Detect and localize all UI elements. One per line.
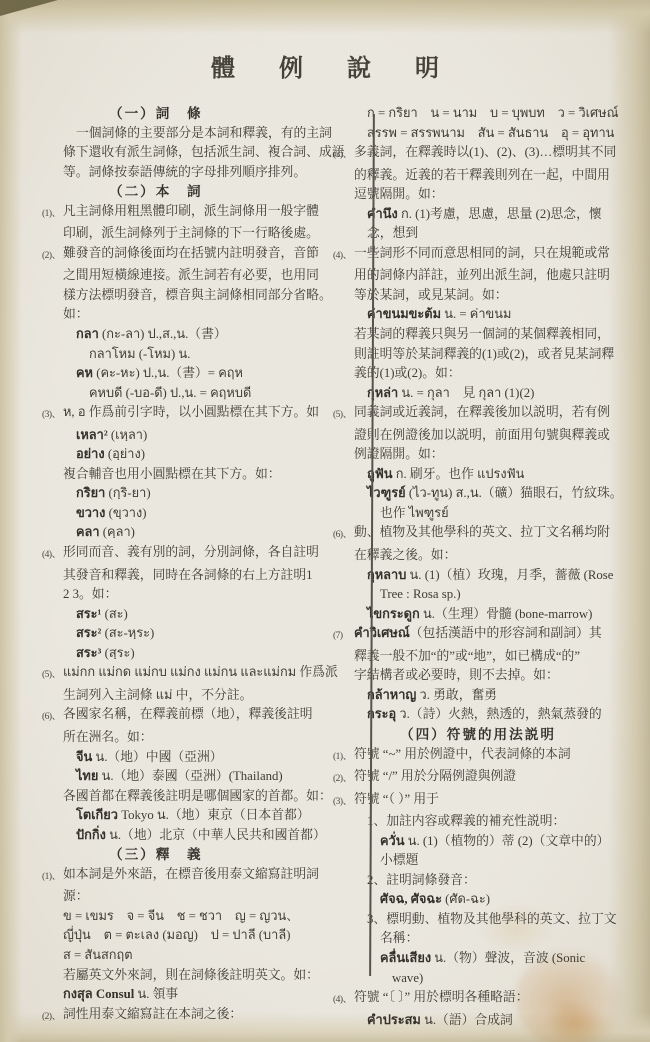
item-number: [42, 605, 63, 625]
item-number: [42, 143, 63, 163]
text-line: ถูฟัน ก. 刷牙。也作 แปรงฟัน: [333, 465, 630, 485]
text-line: (7)คำวิเศษณ์（包括漢語中的形容詞和副詞）其: [333, 624, 630, 647]
item-number: (1)、: [42, 865, 63, 888]
text-line: 一個詞條的主要部分是本詞和釋義，有的主詞: [42, 124, 326, 144]
text-line: ศัจฉ, ศัจฉะ (ศัด-ฉะ): [333, 890, 630, 910]
text-line: (5)、同義詞或近義詞，在釋義後加以説明，若有例: [333, 403, 630, 426]
line-text: กริยา (กฺริ-ยา): [63, 484, 326, 504]
text-line: ควั่น น. (1)（植物的）蒂 (2)（文章中的）: [333, 832, 630, 852]
text-line: กลา (กะ-ลา) ป.,ส.,น.（書）: [42, 325, 326, 345]
line-text: กลาโหม (-โหม) น.: [63, 345, 326, 365]
line-text: 義的(1)或(2)。如：: [354, 364, 630, 384]
section-heading: （二）本 詞: [42, 182, 326, 202]
line-text: ส = สันสกฤต: [63, 946, 326, 966]
item-number: [42, 523, 63, 543]
text-line: (1)、如本詞是外來語，在標音後用泰文縮寫註明詞: [42, 865, 326, 888]
item-number: [42, 224, 63, 244]
text-line: กล้าหาญ ว. 勇敢，奮勇: [333, 686, 630, 706]
item-number: [42, 845, 63, 865]
text-line: (2)、符號 “/” 用於分隔例證與例證: [333, 767, 630, 790]
item-number: [333, 484, 354, 504]
item-number: [333, 465, 354, 485]
text-line: 逗號隔開。如：: [333, 185, 630, 205]
text-line: (5)、แม่กก แม่กด แม่กบ แม่กง แม่กน และแม่…: [42, 663, 326, 686]
line-text: 符號 “（ ）” 用于: [354, 790, 630, 813]
text-line: 所在洲名。如：: [42, 728, 326, 748]
line-text: 樣方法標明發音，標音與主詞條相同部分省略。: [63, 286, 332, 306]
item-number: (2)、: [42, 1005, 63, 1028]
line-text: ห, อ 作爲前引字時，以小圓點標在其下方。如: [63, 403, 326, 426]
text-line: กุหล่า น. = กุลา 見 กุลา (1)(2): [333, 384, 630, 404]
text-line: wave): [333, 969, 630, 989]
item-number: (5)、: [333, 403, 354, 426]
item-number: [42, 767, 63, 787]
line-text: กงสุล Consul น. 領事: [63, 985, 326, 1005]
line-text: 各國家名稱，在釋義前標（地），釋義後註明: [63, 705, 326, 728]
item-number: [333, 185, 354, 205]
line-text: จีน น.（地）中國（亞洲）: [63, 748, 326, 768]
item-number: [333, 266, 354, 286]
item-number: [42, 124, 63, 144]
item-number: [333, 286, 354, 306]
text-line: 2、註明詞條發音：: [333, 871, 630, 891]
item-number: [333, 566, 354, 586]
item-number: [333, 851, 354, 871]
line-text: กลา (กะ-ลา) ป.,ส.,น.（書）: [63, 325, 326, 345]
line-text: สรรพ = สรรพนาม สัน = สันธาน อุ = อุทาน: [354, 124, 630, 144]
item-number: [42, 644, 63, 664]
item-number: [42, 305, 63, 325]
item-number: [42, 163, 63, 183]
item-number: (2)、: [333, 767, 354, 790]
text-line: 證則在例證後加以説明，前面用句號與釋義或: [333, 426, 630, 446]
text-line: ญี่ปุ่น ต = ตะเลง (มอญ) ป = ปาลี (บาลี): [42, 926, 326, 946]
item-number: [42, 566, 63, 586]
item-number: [42, 728, 63, 748]
item-number: [42, 286, 63, 306]
line-text: 2 3。如：: [63, 585, 326, 605]
line-text: 等。詞條按泰語傳統的字母排列順序排列。: [63, 163, 326, 183]
line-text: 在釋義之後。如：: [354, 546, 630, 566]
text-line: (4)、一些詞形不同而意思相同的詞，只在規範或常: [333, 244, 630, 267]
item-number: [42, 946, 63, 966]
text-line: สระ¹ (สะ): [42, 605, 326, 625]
text-line: สระ³ (สฺระ): [42, 644, 326, 664]
item-number: [42, 585, 63, 605]
text-line: คำนึง ก. (1)考慮，思慮，思量 (2)思念，懷: [333, 205, 630, 225]
text-line: (6)、各國家名稱，在釋義前標（地），釋義後註明: [42, 705, 326, 728]
text-line: กระอุ ว.（詩）火熱，熱透的，熱氣蒸發的: [333, 705, 630, 725]
text-line: ก = กริยา น = นาม บ = บุพบท ว = วิเศษณ์: [333, 104, 630, 124]
text-line: เหลา² (เหฺลา): [42, 426, 326, 446]
line-text: 例證隔開。如：: [354, 445, 630, 465]
text-line: 的釋義。近義的若干釋義則列在一起，中間用: [333, 166, 630, 186]
item-number: [333, 929, 354, 949]
item-number: [333, 166, 354, 186]
item-number: [333, 890, 354, 910]
item-number: [42, 887, 63, 907]
text-line: ไวฑูรย์ (ไว-ทูน) ส.,น.（礦）猫眼石，竹紋珠。: [333, 484, 630, 504]
text-line: 等。詞條按泰語傳統的字母排列順序排列。: [42, 163, 326, 183]
line-text: คลื่นเสียง น.（物）聲波，音波 (Sonic: [354, 949, 630, 969]
item-number: (3)、: [333, 143, 354, 166]
line-text: wave): [354, 969, 630, 989]
column-gap: [326, 104, 333, 1030]
item-number: (7): [333, 624, 354, 647]
text-line: ค่าขนมขะต้ม น. = ค่าขนม: [333, 305, 630, 325]
line-text: กุหลาบ น. (1)（植）玫瑰，月季，薔薇 (Rose: [354, 566, 630, 586]
line-text: ไขกระดูก น.（生理）骨髓 (bone-marrow): [354, 605, 630, 625]
line-text: 複合輔音也用小圓點標在其下方。如：: [63, 465, 326, 485]
text-line: 各國首都在釋義後註明是哪個國家的首都。如：: [42, 787, 326, 807]
item-number: [333, 910, 354, 930]
line-text: 3、標明動、植物及其他學科的英文、拉丁文: [354, 910, 630, 930]
item-number: (6)、: [42, 705, 63, 728]
item-number: [333, 384, 354, 404]
text-line: ขวาง (ขฺวาง): [42, 504, 326, 524]
line-text: 用的詞條内詳註，並列出派生詞，他處只註明: [354, 266, 630, 286]
page-title: 體 例 說 明: [0, 48, 650, 83]
line-text: 若屬英文外來詞，則在詞條後註明英文。如：: [63, 966, 326, 986]
text-line: สรรพ = สรรพนาม สัน = สันธาน อุ = อุทาน: [333, 124, 630, 144]
text-line: ปักกิ่ง น.（地）北京（中華人民共和國首都）: [42, 826, 326, 846]
line-text: 之間用短橫線連接。派生詞若有必要，也用同: [63, 266, 326, 286]
item-number: [333, 546, 354, 566]
item-number: [333, 585, 354, 605]
item-number: [333, 832, 354, 852]
item-number: [333, 647, 354, 667]
item-number: (5)、: [42, 663, 63, 686]
item-number: [42, 624, 63, 644]
line-text: 也作 ไพฑูรย์: [354, 504, 630, 524]
item-number: [42, 325, 63, 345]
item-number: [42, 504, 63, 524]
item-number: [42, 926, 63, 946]
text-line: คำประสม น.（語）合成詞: [333, 1011, 630, 1031]
item-number: [42, 384, 63, 404]
text-line: 用的詞條内詳註，並列出派生詞，他處只註明: [333, 266, 630, 286]
item-number: [333, 325, 354, 345]
item-number: [42, 806, 63, 826]
text-line: สระ² (สะ-หฺระ): [42, 624, 326, 644]
text-line: (2)、詞性用泰文縮寫註在本詞之後：: [42, 1005, 326, 1028]
item-number: [42, 748, 63, 768]
line-text: Tree : Rosa sp.): [354, 585, 630, 605]
line-text: ปักกิ่ง น.（地）北京（中華人民共和國首都）: [63, 826, 326, 846]
line-text: 符號 “~” 用於例證中，代表詞條的本詞: [354, 745, 630, 768]
item-number: [333, 949, 354, 969]
line-text: คห (คะ-หะ) ป.,น.（書）= คฤห: [63, 364, 326, 384]
item-number: [333, 124, 354, 144]
line-text: ขวาง (ขฺวาง): [63, 504, 326, 524]
text-line: 也作 ไพฑูรย์: [333, 504, 630, 524]
line-text: คำวิเศษณ์（包括漢語中的形容詞和副詞）其: [354, 624, 630, 647]
item-number: [333, 224, 354, 244]
text-line: 字結構者或必要時，則不去掉。如：: [333, 666, 630, 686]
line-text: ควั่น น. (1)（植物的）蒂 (2)（文章中的）: [354, 832, 630, 852]
text-line: 則註明等於某詞釋義的(1)或(2)，或者見某詞釋: [333, 345, 630, 365]
text-line: กริยา (กฺริ-ยา): [42, 484, 326, 504]
line-text: 生詞列入主詞條 แม่ 中，不分註。: [63, 686, 326, 706]
item-number: [333, 205, 354, 225]
line-text: โตเกียว Tokyo น.（地）東京（日本首都）: [63, 806, 326, 826]
text-line: 複合輔音也用小圓點標在其下方。如：: [42, 465, 326, 485]
item-number: [42, 787, 63, 807]
line-text: 1、加註内容或釋義的補充性説明：: [354, 812, 630, 832]
line-text: 其發音和釋義，同時在各詞條的右上方註明1: [63, 566, 326, 586]
line-text: 念，想到: [354, 224, 630, 244]
line-text: ไทย น.（地）泰國（亞洲）(Thailand): [63, 767, 326, 787]
line-text: 一些詞形不同而意思相同的詞，只在規範或常: [354, 244, 630, 267]
item-number: [42, 465, 63, 485]
line-text: 如本詞是外來語，在標音後用泰文縮寫註明詞: [63, 865, 326, 888]
text-line: Tree : Rosa sp.): [333, 585, 630, 605]
line-text: ค่าขนมขะต้ม น. = ค่าขนม: [354, 305, 630, 325]
item-number: [333, 871, 354, 891]
line-text: 名稱：: [354, 929, 630, 949]
text-line: คห (คะ-หะ) ป.,น.（書）= คฤห: [42, 364, 326, 384]
line-text: สระ² (สะ-หฺระ): [63, 624, 326, 644]
text-line: (3)、ห, อ 作爲前引字時，以小圓點標在其下方。如: [42, 403, 326, 426]
line-text: 釋義一般不加“的”或“地”，如已構成“的”: [354, 647, 630, 667]
text-line: 在釋義之後。如：: [333, 546, 630, 566]
line-text: 則註明等於某詞釋義的(1)或(2)，或者見某詞釋: [354, 345, 630, 365]
text-line: โตเกียว Tokyo น.（地）東京（日本首都）: [42, 806, 326, 826]
item-number: (3)、: [333, 790, 354, 813]
item-number: [333, 605, 354, 625]
item-number: [333, 426, 354, 446]
text-line: 其發音和釋義，同時在各詞條的右上方註明1: [42, 566, 326, 586]
line-text: สระ³ (สฺระ): [63, 644, 326, 664]
section-heading: （一）詞 條: [42, 104, 326, 124]
item-number: [333, 104, 354, 124]
text-line: 之間用短橫線連接。派生詞若有必要，也用同: [42, 266, 326, 286]
line-text: 符號 “/” 用於分隔例證與例證: [354, 767, 630, 790]
text-line: 念，想到: [333, 224, 630, 244]
item-number: [333, 666, 354, 686]
item-number: [42, 966, 63, 986]
line-text: 2、註明詞條發音：: [354, 871, 630, 891]
line-text: 的釋義。近義的若干釋義則列在一起，中間用: [354, 166, 630, 186]
item-number: [42, 985, 63, 1005]
item-number: [42, 426, 63, 446]
line-text: 如：: [63, 305, 326, 325]
item-number: [333, 445, 354, 465]
text-line: 小標題: [333, 851, 630, 871]
line-text: กุหล่า น. = กุลา 見 กุลา (1)(2): [354, 384, 630, 404]
item-number: [333, 305, 354, 325]
text-line: คลื่นเสียง น.（物）聲波，音波 (Sonic: [333, 949, 630, 969]
line-text: 證則在例證後加以説明，前面用句號與釋義或: [354, 426, 630, 446]
line-text: ศัจฉ, ศัจฉะ (ศัด-ฉะ): [354, 890, 630, 910]
right-column: ก = กริยา น = นาม บ = บุพบท ว = วิเศษณ์ส…: [333, 104, 630, 1030]
item-number: [333, 1011, 354, 1031]
line-text: สระ¹ (สะ): [63, 605, 326, 625]
line-text: 各國首都在釋義後註明是哪個國家的首都。如：: [63, 787, 332, 807]
line-text: 同義詞或近義詞，在釋義後加以説明，若有例: [354, 403, 630, 426]
item-number: (2)、: [42, 244, 63, 267]
item-number: (1)、: [42, 202, 63, 225]
line-text: 動、植物及其他學科的英文、拉丁文名稱均附: [354, 523, 630, 546]
line-text: แม่กก แม่กด แม่กบ แม่กง แม่กน และแม่กม 作…: [63, 663, 338, 686]
line-text: 源：: [63, 887, 326, 907]
line-text: กล้าหาญ ว. 勇敢，奮勇: [354, 686, 630, 706]
text-line: 例證隔開。如：: [333, 445, 630, 465]
item-number: [42, 182, 63, 202]
item-number: (6)、: [333, 523, 354, 546]
line-text: 印刷，派生詞條列于主詞條的下一行略後處。: [63, 224, 326, 244]
text-line: (4)、符號 “〔 〕” 用於標明各種略語：: [333, 988, 630, 1011]
line-text: 逗號隔開。如：: [354, 185, 630, 205]
text-line: 印刷，派生詞條列于主詞條的下一行略後處。: [42, 224, 326, 244]
text-line: ไขกระดูก น.（生理）骨髓 (bone-marrow): [333, 605, 630, 625]
line-text: 形同而音、義有別的詞，分別詞條，各自註明: [63, 543, 326, 566]
text-line: คลา (คฺลา): [42, 523, 326, 543]
text-line: ข = เขมร จ = จีน ช = ชวา ญ = ญวน、: [42, 907, 326, 927]
text-line: 如：: [42, 305, 326, 325]
line-text: ถูฟัน ก. 刷牙。也作 แปรงฟัน: [354, 465, 630, 485]
line-text: ข = เขมร จ = จีน ช = ชวา ญ = ญวน、: [63, 907, 326, 927]
text-line: (1)、符號 “~” 用於例證中，代表詞條的本詞: [333, 745, 630, 768]
text-line: (1)、凡主詞條用粗黑體印刷，派生詞條用一般字體: [42, 202, 326, 225]
item-number: [42, 826, 63, 846]
item-number: [333, 969, 354, 989]
line-text: ไวฑูรย์ (ไว-ทูน) ส.,น.（礦）猫眼石，竹紋珠。: [354, 484, 630, 504]
text-line: 1、加註内容或釋義的補充性説明：: [333, 812, 630, 832]
text-line: 條下還收有派生詞條，包括派生詞、複合詞、成語: [42, 143, 326, 163]
line-text: （四）符號的用法説明: [354, 725, 630, 745]
item-number: [333, 364, 354, 384]
text-line: 若某詞的釋義只與另一個詞的某個釋義相同，: [333, 325, 630, 345]
line-text: 符號 “〔 〕” 用於標明各種略語：: [354, 988, 630, 1011]
item-number: (1)、: [333, 745, 354, 768]
text-line: ไทย น.（地）泰國（亞洲）(Thailand): [42, 767, 326, 787]
line-text: （三）釋 義: [63, 845, 326, 865]
section-heading: （四）符號的用法説明: [333, 725, 630, 745]
line-text: ญี่ปุ่น ต = ตะเลง (มอญ) ป = ปาลี (บาลี): [63, 926, 326, 946]
item-number: [42, 686, 63, 706]
text-line: 義的(1)或(2)。如：: [333, 364, 630, 384]
line-text: 多義詞，在釋義時以(1)、(2)、(3)…標明其不同: [354, 143, 630, 166]
line-text: （二）本 詞: [63, 182, 326, 202]
line-text: 詞性用泰文縮寫註在本詞之後：: [63, 1005, 326, 1028]
line-text: 凡主詞條用粗黑體印刷，派生詞條用一般字體: [63, 202, 326, 225]
item-number: [333, 812, 354, 832]
line-text: คลา (คฺลา): [63, 523, 326, 543]
text-line: 源：: [42, 887, 326, 907]
text-line: กงสุล Consul น. 領事: [42, 985, 326, 1005]
text-line: (2)、難發音的詞條後面均在括號内註明發音，音節: [42, 244, 326, 267]
text-line: คหบดี (-บอ-ดี) ป.,น. = คฤหบดี: [42, 384, 326, 404]
text-line: (3)、多義詞，在釋義時以(1)、(2)、(3)…標明其不同: [333, 143, 630, 166]
line-text: 難發音的詞條後面均在括號内註明發音，音節: [63, 244, 326, 267]
item-number: [333, 705, 354, 725]
text-line: 生詞列入主詞條 แม่ 中，不分註。: [42, 686, 326, 706]
item-number: (4)、: [333, 244, 354, 267]
line-text: คำนึง ก. (1)考慮，思慮，思量 (2)思念，懷: [354, 205, 630, 225]
left-column: （一）詞 條一個詞條的主要部分是本詞和釋義，有的主詞條下還收有派生詞條，包括派生…: [42, 104, 326, 1030]
item-number: [42, 484, 63, 504]
item-number: [333, 504, 354, 524]
text-line: อย่าง (อฺย่าง): [42, 445, 326, 465]
page-body: （一）詞 條一個詞條的主要部分是本詞和釋義，有的主詞條下還收有派生詞條，包括派生…: [42, 104, 630, 1030]
text-line: (4)、形同而音、義有別的詞，分別詞條，各自註明: [42, 543, 326, 566]
line-text: 若某詞的釋義只與另一個詞的某個釋義相同，: [354, 325, 630, 345]
text-line: ส = สันสกฤต: [42, 946, 326, 966]
item-number: [333, 725, 354, 745]
line-text: 一個詞條的主要部分是本詞和釋義，有的主詞: [63, 124, 332, 144]
text-line: 2 3。如：: [42, 585, 326, 605]
text-line: 等於某詞，或見某詞。如：: [333, 286, 630, 306]
line-text: อย่าง (อฺย่าง): [63, 445, 326, 465]
text-line: (3)、符號 “（ ）” 用于: [333, 790, 630, 813]
text-line: 釋義一般不加“的”或“地”，如已構成“的”: [333, 647, 630, 667]
item-number: (3)、: [42, 403, 63, 426]
text-line: กลาโหม (-โหม) น.: [42, 345, 326, 365]
line-text: 條下還收有派生詞條，包括派生詞、複合詞、成語: [63, 143, 345, 163]
item-number: [42, 445, 63, 465]
line-text: 所在洲名。如：: [63, 728, 326, 748]
section-heading: （三）釋 義: [42, 845, 326, 865]
item-number: [333, 686, 354, 706]
line-text: （一）詞 條: [63, 104, 326, 124]
item-number: [42, 364, 63, 384]
line-text: 小標題: [354, 851, 630, 871]
item-number: [333, 345, 354, 365]
text-line: (6)、動、植物及其他學科的英文、拉丁文名稱均附: [333, 523, 630, 546]
line-text: กระอุ ว.（詩）火熱，熱透的，熱氣蒸發的: [354, 705, 630, 725]
text-line: 若屬英文外來詞，則在詞條後註明英文。如：: [42, 966, 326, 986]
text-line: 名稱：: [333, 929, 630, 949]
text-line: จีน น.（地）中國（亞洲）: [42, 748, 326, 768]
line-text: 字結構者或必要時，則不去掉。如：: [354, 666, 630, 686]
line-text: เหลา² (เหฺลา): [63, 426, 326, 446]
item-number: [42, 907, 63, 927]
text-line: 樣方法標明發音，標音與主詞條相同部分省略。: [42, 286, 326, 306]
item-number: (4)、: [42, 543, 63, 566]
item-number: [42, 266, 63, 286]
line-text: 等於某詞，或見某詞。如：: [354, 286, 630, 306]
line-text: คำประสม น.（語）合成詞: [354, 1011, 630, 1031]
line-text: ก = กริยา น = นาม บ = บุพบท ว = วิเศษณ์: [354, 104, 630, 124]
item-number: (4)、: [333, 988, 354, 1011]
item-number: [42, 104, 63, 124]
text-line: กุหลาบ น. (1)（植）玫瑰，月季，薔薇 (Rose: [333, 566, 630, 586]
text-line: 3、標明動、植物及其他學科的英文、拉丁文: [333, 910, 630, 930]
line-text: คหบดี (-บอ-ดี) ป.,น. = คฤหบดี: [63, 384, 326, 404]
item-number: [42, 345, 63, 365]
